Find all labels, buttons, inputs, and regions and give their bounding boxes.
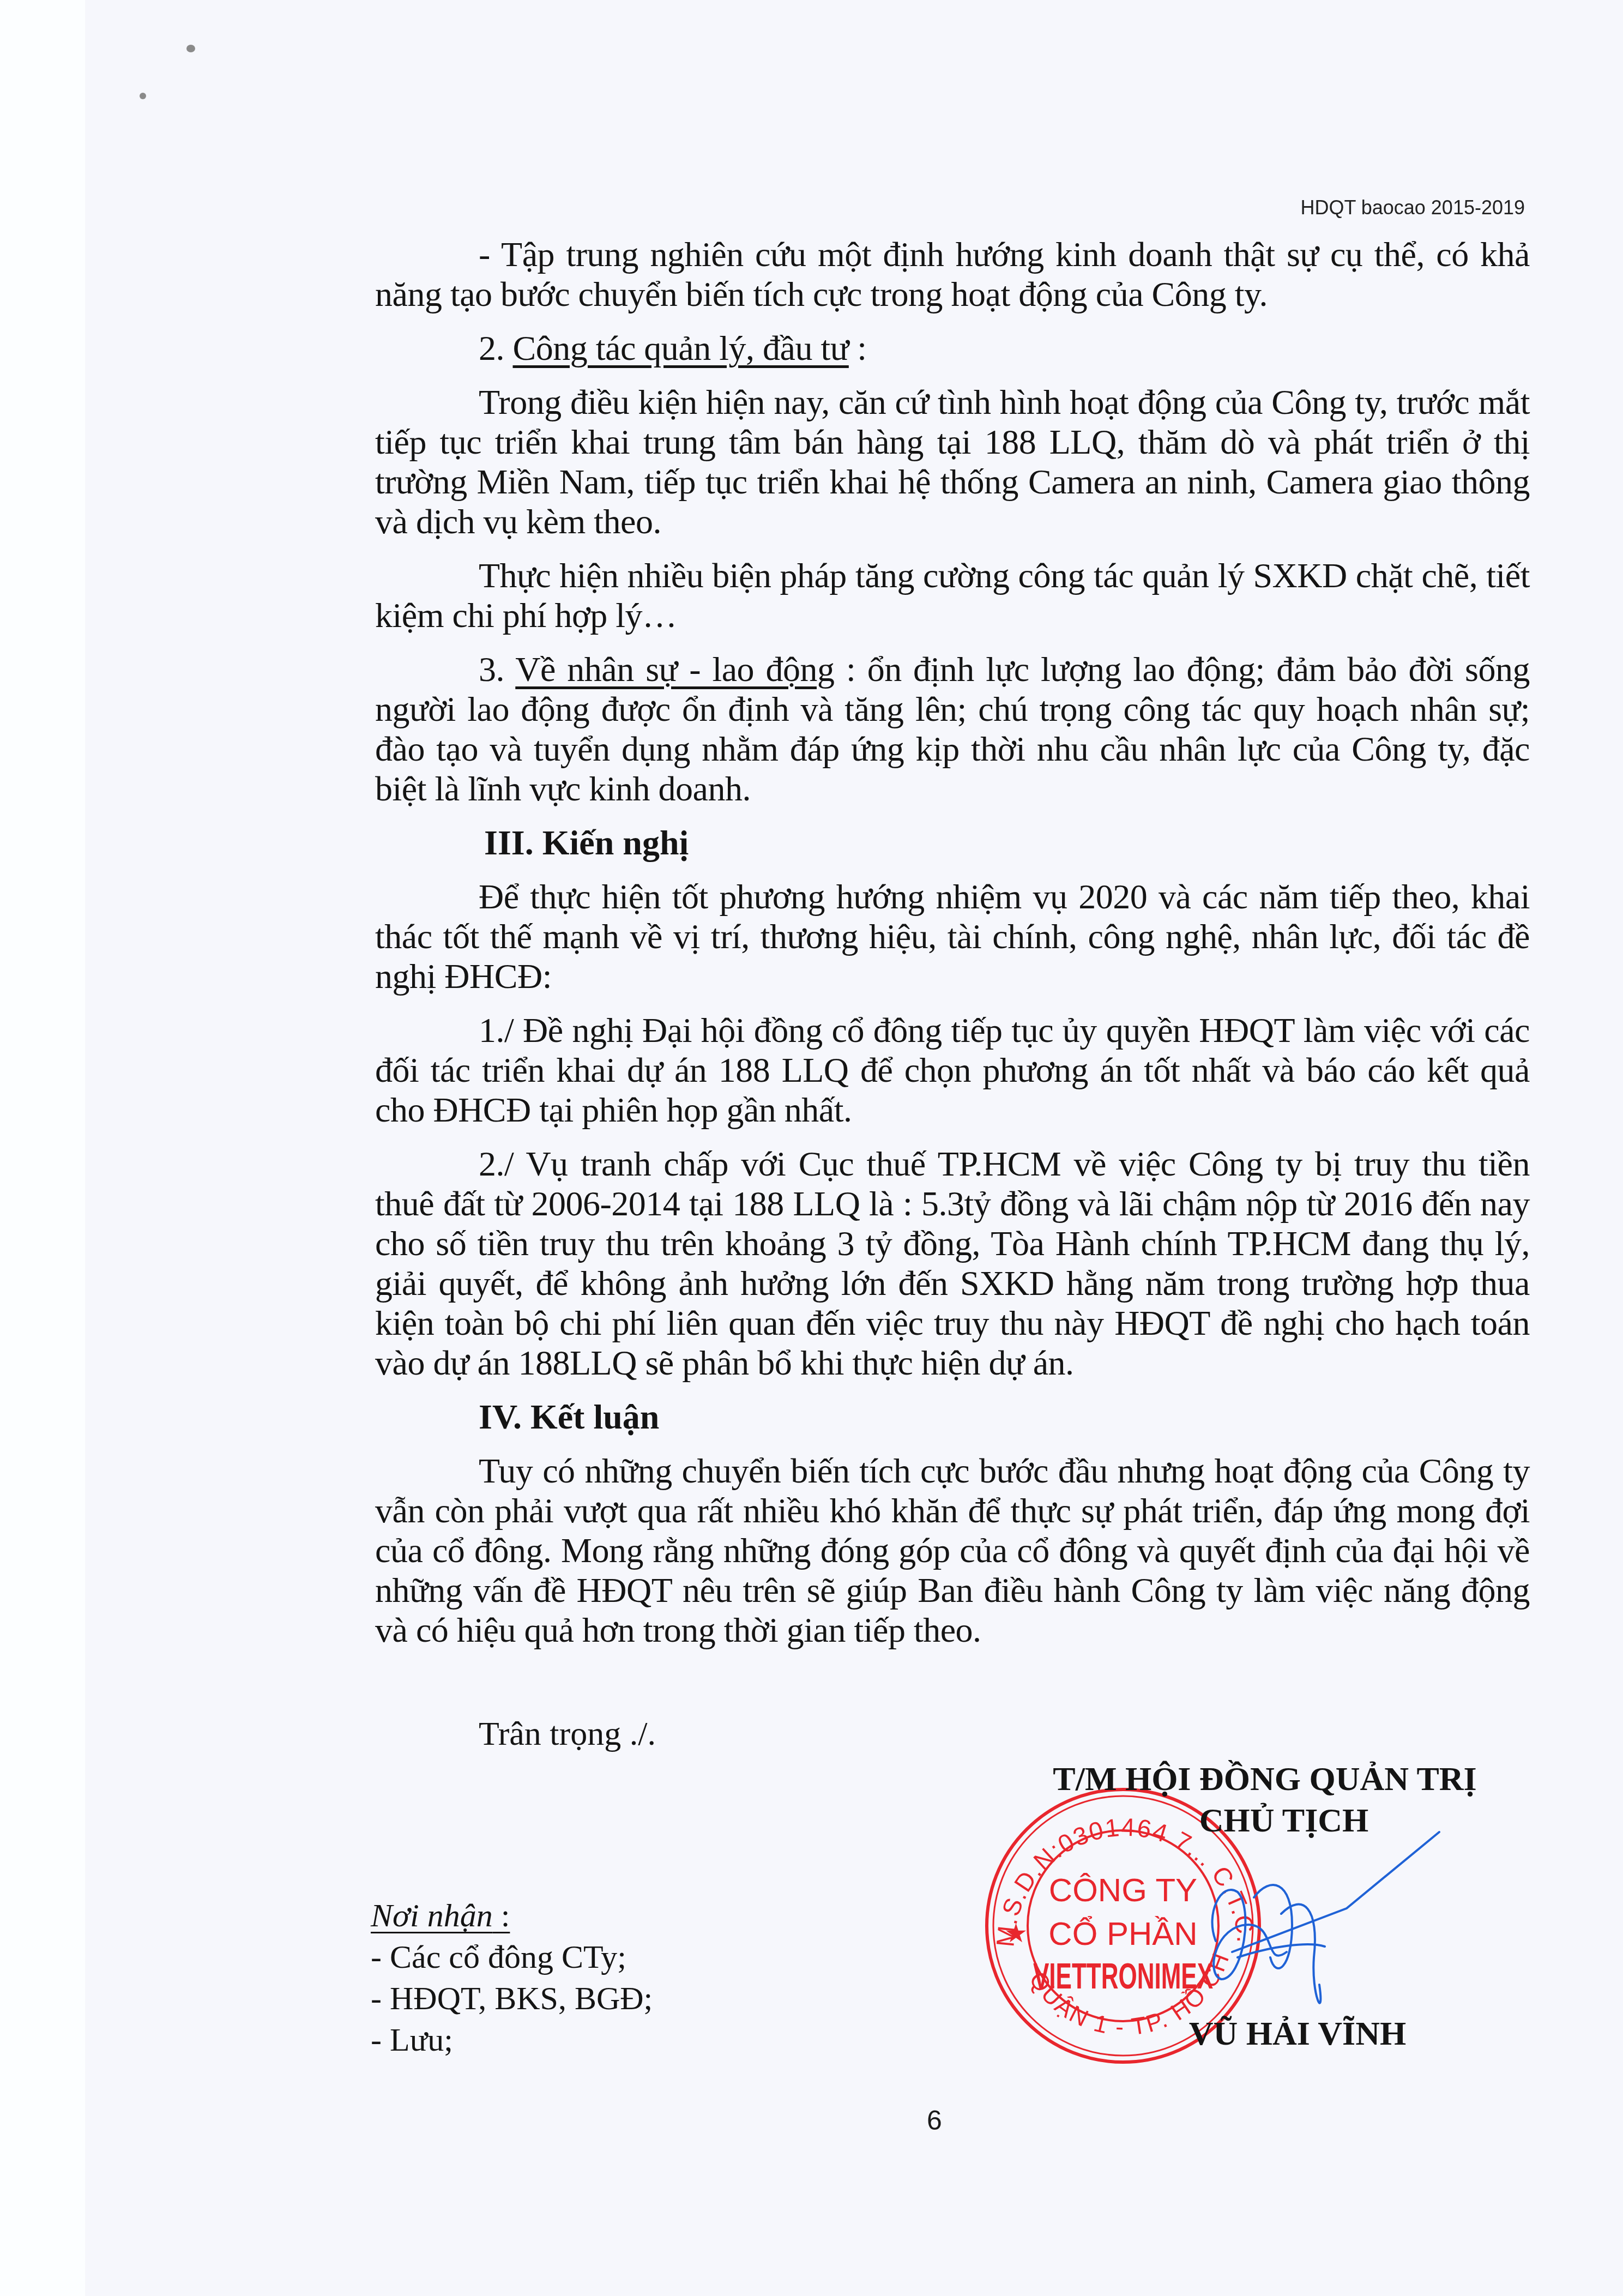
handwritten-signature-icon [1183, 1816, 1450, 2056]
recipient-item: - Lưu; [371, 2019, 653, 2060]
document-reference: HDQT baocao 2015-2019 [1300, 196, 1525, 219]
closing-salutation: Trân trọng ./. [479, 1715, 656, 1753]
recommendation-1: 1./ Đề nghị Đại hội đồng cổ đông tiếp tụ… [375, 1010, 1530, 1130]
scan-speck [140, 93, 146, 99]
recipients-title: Nơi nhận : [371, 1895, 653, 1936]
recipient-item: - HĐQT, BKS, BGĐ; [371, 1978, 653, 2019]
section-3-paragraph: 3. Về nhân sự - lao động : ổn định lực l… [375, 649, 1530, 809]
scan-speck [186, 45, 195, 52]
paragraph-focus-research: - Tập trung nghiên cứu một định hướng ki… [375, 234, 1530, 314]
section-2-heading: 2. Công tác quản lý, đầu tư : [375, 328, 1530, 368]
svg-text:CỔ PHẦN: CỔ PHẦN [1048, 1915, 1197, 1952]
document-body: - Tập trung nghiên cứu một định hướng ki… [375, 234, 1530, 1664]
recipients-block: Nơi nhận : - Các cổ đông CTy; - HĐQT, BK… [371, 1895, 653, 2060]
svg-text:CÔNG TY: CÔNG TY [1049, 1872, 1197, 1908]
recipient-item: - Các cổ đông CTy; [371, 1936, 653, 1978]
paragraph-conclusion: Tuy có những chuyển biến tích cực bước đ… [375, 1451, 1530, 1650]
svg-text:★: ★ [1004, 1918, 1028, 1949]
signer-organization: T/M HỘI ĐỒNG QUẢN TRỊ [1036, 1758, 1494, 1800]
section-2-title: Công tác quản lý, đầu tư [513, 329, 849, 367]
paragraph-recommendations-intro: Để thực hiện tốt phương hướng nhiệm vụ 2… [375, 877, 1530, 996]
recommendation-2: 2./ Vụ tranh chấp với Cục thuế TP.HCM về… [375, 1144, 1530, 1383]
paragraph-management: Trong điều kiện hiện nay, căn cứ tình hì… [375, 382, 1530, 541]
section-3-title: Về nhân sự - lao động [515, 650, 834, 689]
heading-conclusion: IV. Kết luận [375, 1397, 1530, 1437]
paragraph-cost-control: Thực hiện nhiều biện pháp tăng cường côn… [375, 556, 1530, 635]
scan-margin [0, 0, 85, 2296]
page-number: 6 [927, 2105, 942, 2136]
heading-recommendations: III. Kiến nghị [375, 823, 1530, 863]
